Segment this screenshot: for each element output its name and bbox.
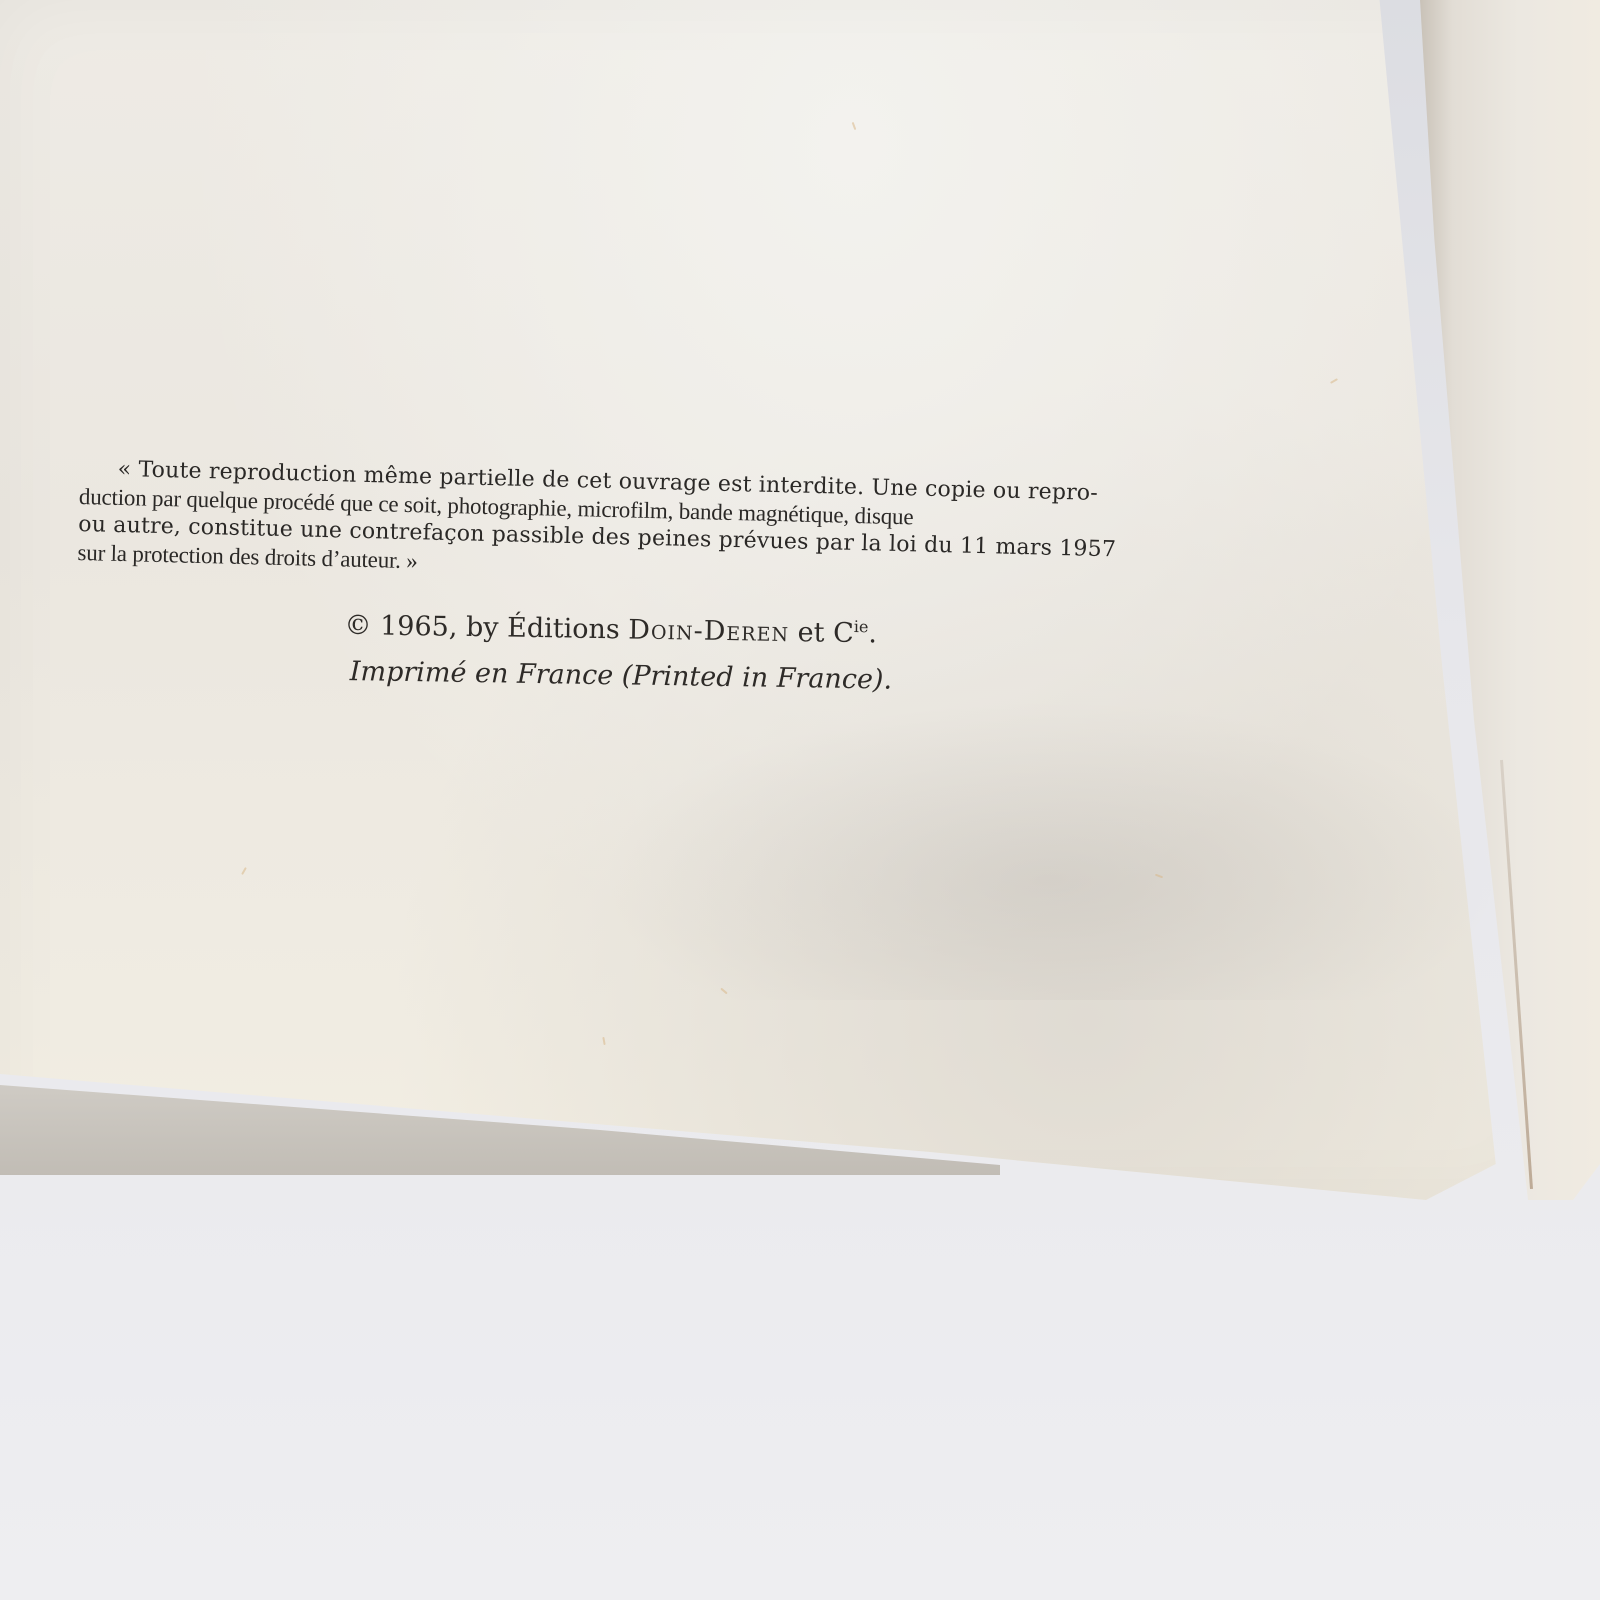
copyright-symbol: © — [344, 610, 371, 641]
copyright-period: . — [868, 618, 877, 649]
book-page — [0, 0, 1550, 1200]
printed-in-france: Imprimé en France (Printed in France). — [349, 649, 892, 704]
copyright-line: © 1965, by Éditions Doin-Deren et Cie. — [344, 610, 877, 649]
photo-scene: « Toute reproduction même partielle de c… — [0, 0, 1600, 1600]
publisher-suffix-sup: ie — [854, 617, 869, 636]
copyright-year: 1965, — [380, 611, 458, 643]
publisher-suffix: et C — [797, 617, 854, 649]
copyright-block: © 1965, by Éditions Doin-Deren et Cie. I… — [343, 596, 893, 704]
copyright-by: by Éditions — [466, 612, 620, 645]
publisher-name: Doin-Deren — [628, 614, 789, 648]
